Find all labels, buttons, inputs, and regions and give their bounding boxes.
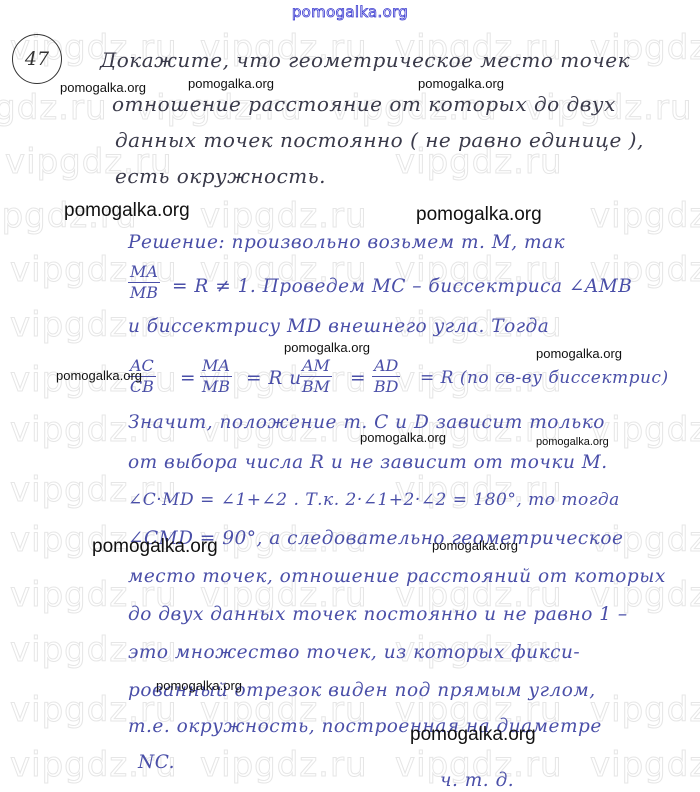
fraction-denominator: BM [302, 377, 330, 397]
statement-line: отношение расстояние от которых до двух [112, 92, 616, 116]
fraction-denominator: MB [202, 377, 230, 397]
fraction-denominator: MB [130, 283, 158, 303]
equals-sign: = [350, 368, 366, 389]
solution-line: = R ≠ 1. Проведем MC – биссектриса ∠AMB [172, 276, 632, 297]
watermark: vipgdz.ru [200, 745, 368, 785]
watermark-pomogalka: pomogalka.org [92, 536, 218, 558]
watermark-pomogalka: pomogalka.org [536, 346, 622, 361]
watermark: vipgdz.ru [590, 745, 700, 785]
watermark-pomogalka: pomogalka.org [284, 340, 370, 355]
solution-line: место точек, отношение расстояний от кот… [128, 566, 666, 587]
fraction-numerator: AD [372, 356, 400, 377]
watermark: vipgdz.ru [200, 196, 368, 236]
equals-sign: = [180, 368, 196, 389]
watermark-pomogalka: pomogalka.org [56, 368, 142, 383]
problem-number-badge: 47 [12, 34, 62, 84]
solution-line: до двух данных точек постоянно и не равн… [128, 604, 628, 625]
fraction-numerator: MA [200, 356, 232, 377]
fraction-ad-bd: AD BD [372, 356, 400, 397]
problem-number: 47 [25, 48, 49, 70]
watermark-pomogalka: pomogalka.org [410, 724, 536, 746]
fraction-ma-mb: MA MB [128, 262, 160, 303]
qed-mark: ч. т. д. [440, 770, 514, 791]
watermark-pomogalka: pomogalka.org [64, 200, 190, 222]
fraction-numerator: MA [128, 262, 160, 283]
watermark-pomogalka: pomogalka.org [418, 76, 504, 91]
solution-line: NC. [138, 752, 175, 773]
solution-line: и биссектрису MD внешнего угла. Тогда [128, 316, 549, 337]
fraction-ma-mb: MA MB [200, 356, 232, 397]
solution-text: = R и [246, 368, 302, 389]
watermark-pomogalka: pomogalka.org [416, 204, 542, 226]
solution-line: от выбора числа R и не зависит от точки … [128, 452, 608, 473]
watermark: vipgdz.ru [590, 690, 700, 730]
statement-line: данных точек постоянно ( не равно единиц… [115, 128, 644, 152]
solution-line: это множество точек, из которых фикси- [128, 642, 580, 663]
watermark-pomogalka: pomogalka.org [360, 430, 446, 445]
fraction-denominator: BD [374, 377, 399, 397]
fraction-numerator: AM [300, 356, 332, 377]
site-link[interactable]: pomogalka.org [0, 3, 700, 21]
watermark: vipgdz.ru [590, 196, 700, 236]
watermark-pomogalka: pomogalka.org [432, 538, 518, 553]
statement-line: Докажите, что геометрическое место точек [100, 48, 630, 72]
fraction-am-bm: AM BM [300, 356, 332, 397]
watermark-pomogalka: pomogalka.org [60, 80, 146, 95]
solution-line: ∠C·MD = ∠1+∠2 . Т.к. 2·∠1+2·∠2 = 180°, т… [128, 490, 620, 510]
solution-text: = R (по св-ву биссектрис) [420, 368, 669, 388]
watermark-layer: vipgdz.ru vipgdz.ru vipgdz.ru vipgdz.ru … [0, 0, 700, 792]
solution-line: Решение: произвольно возьмем т. M, так [128, 232, 565, 253]
watermark-pomogalka: pomogalka.org [536, 436, 609, 448]
watermark-pomogalka: pomogalka.org [188, 76, 274, 91]
watermark-pomogalka: pomogalka.org [156, 678, 242, 693]
statement-line: есть окружность. [115, 164, 326, 188]
